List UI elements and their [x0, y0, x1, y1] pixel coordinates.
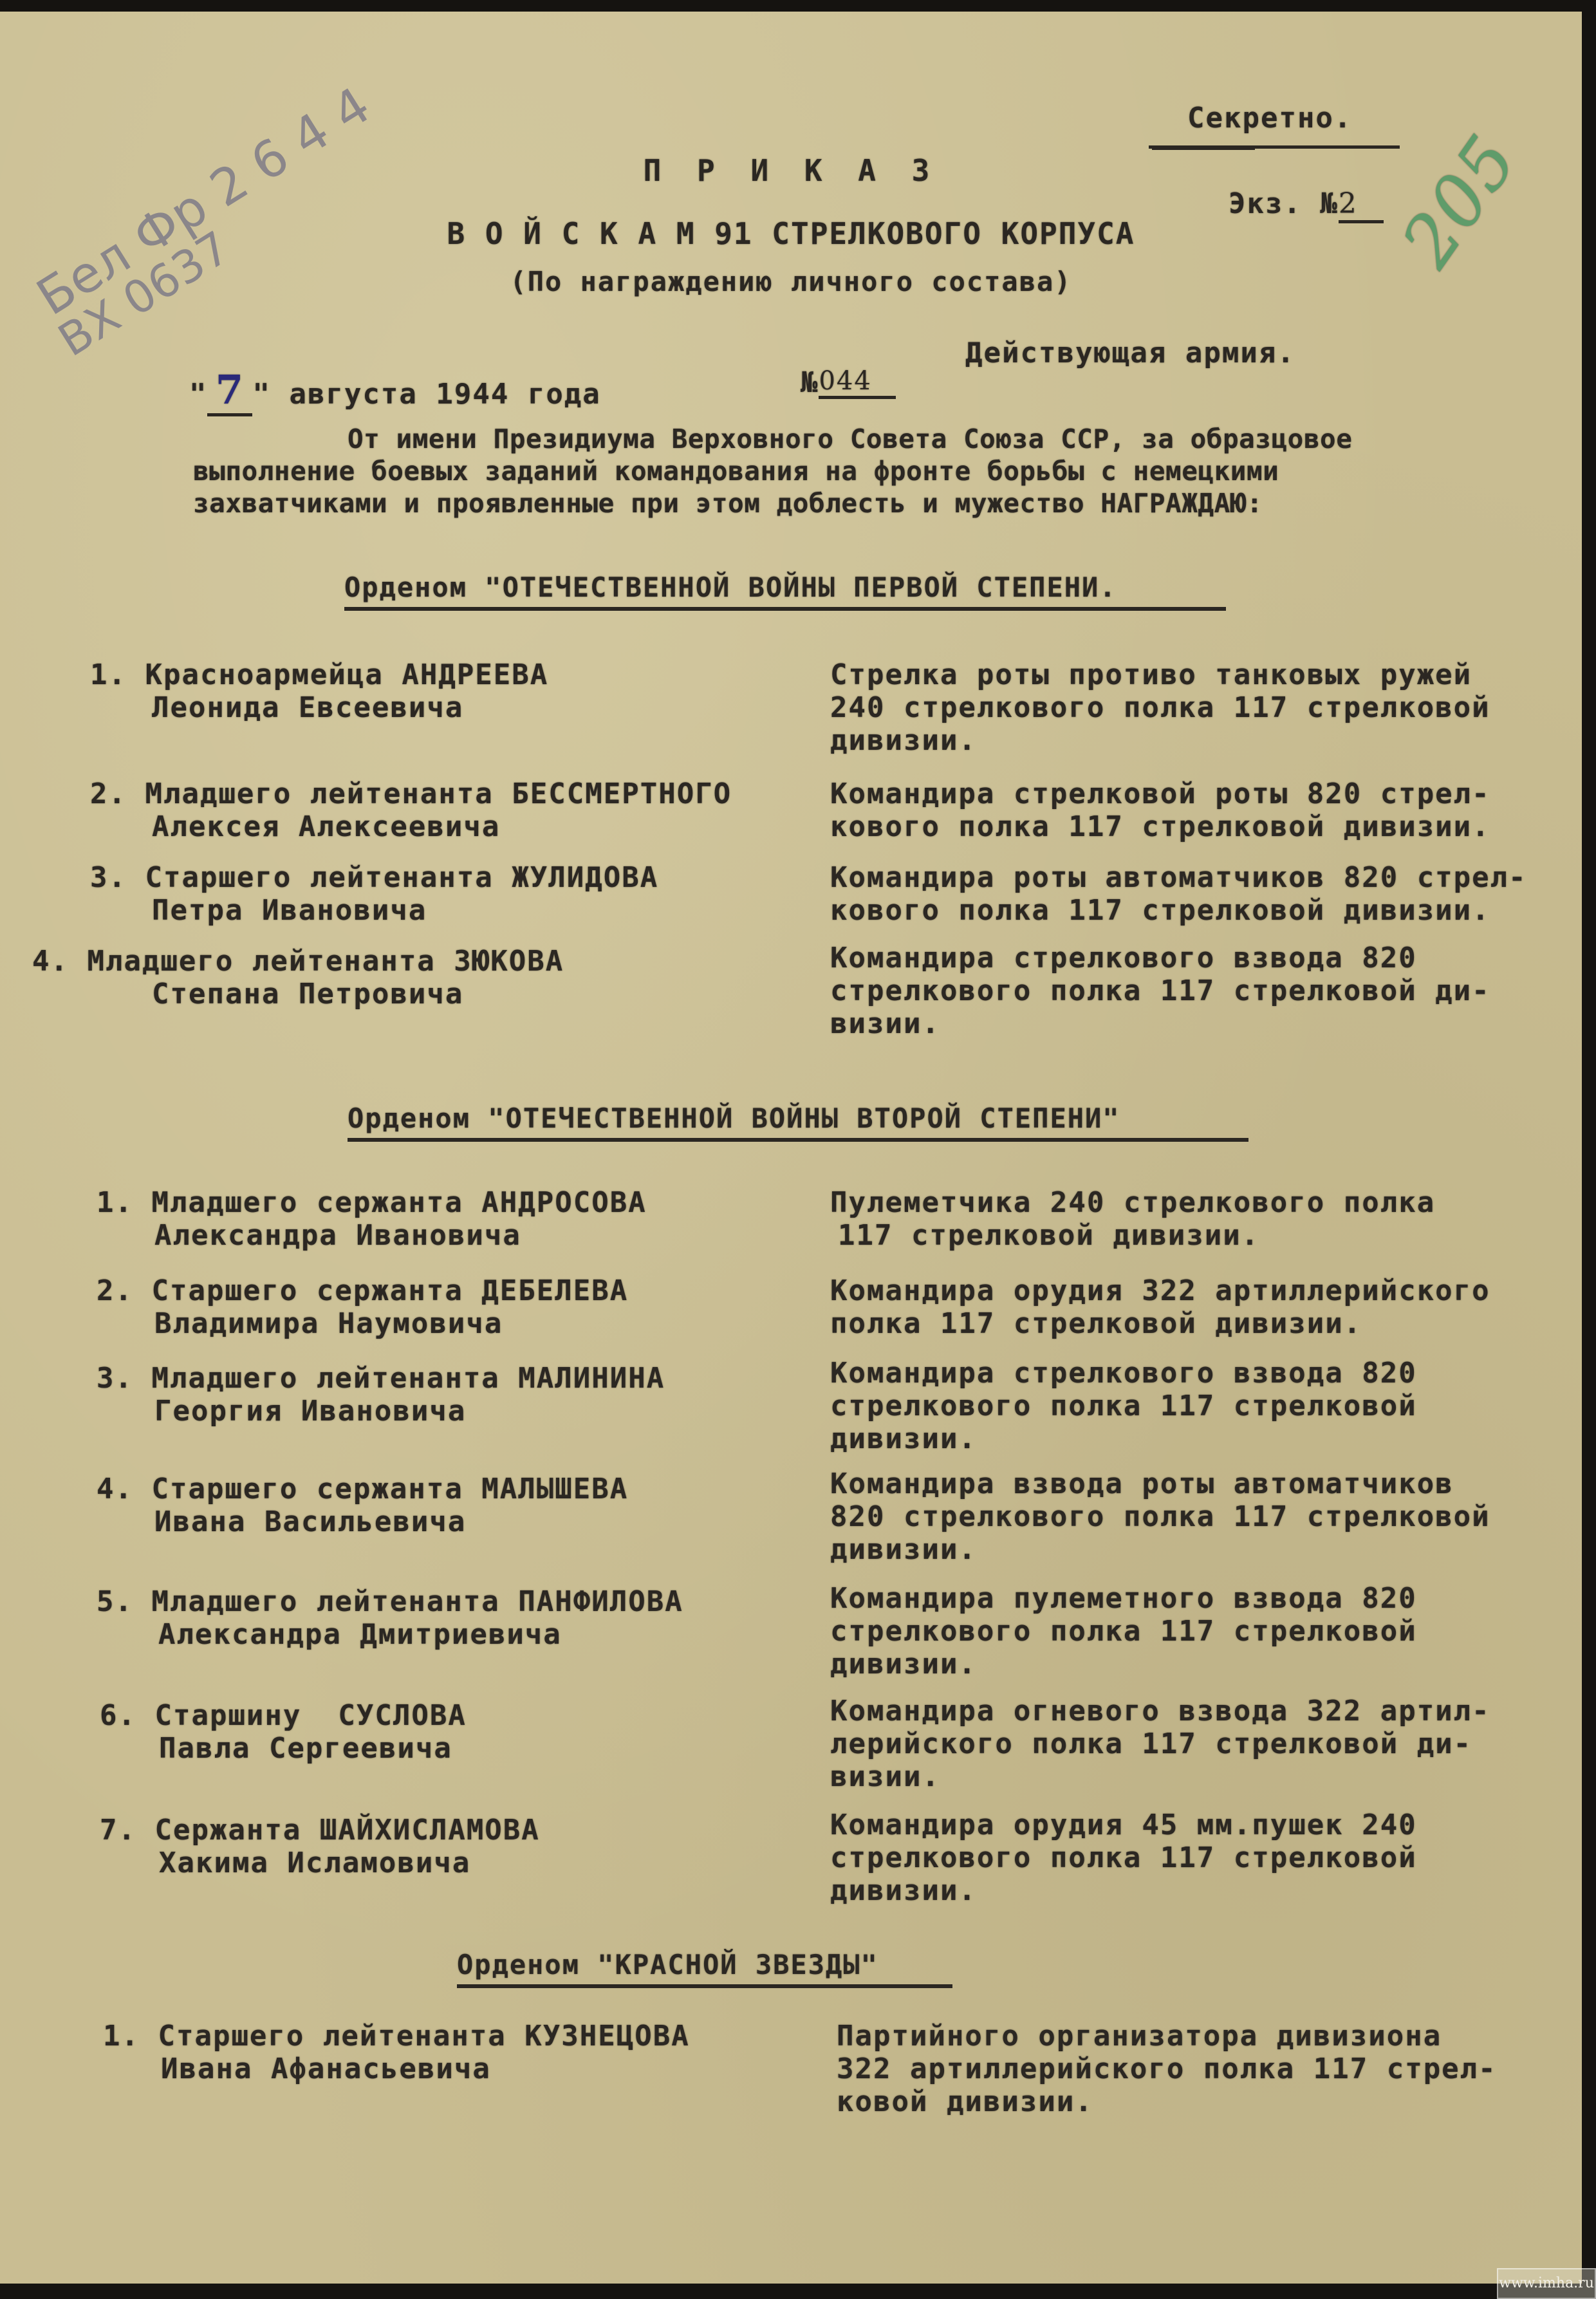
entry-position-line: стрелкового полка 117 стрелковой ди- [830, 974, 1564, 1007]
date-quote: " [189, 378, 208, 411]
copy-label: Экз. № [1229, 187, 1339, 220]
handwritten-note: 205 [1386, 120, 1534, 281]
entry-given-name: Александра Дмитриевича [97, 1618, 856, 1651]
copy-number: Экз. №2 [1155, 154, 1384, 256]
entry-position-line: кового полка 117 стрелковой дивизии. [830, 810, 1564, 843]
entry-position-line: полка 117 стрелковой дивизии. [830, 1307, 1564, 1340]
entry-position-line: Партийного организатора дивизиона [837, 2020, 1570, 2052]
entry-given-name: Павла Сергеевича [100, 1732, 859, 1765]
entry-given-name: Ивана Васильевича [97, 1505, 856, 1538]
entry-position-line: 240 стрелкового полка 117 стрелковой [830, 691, 1564, 724]
classification-label: Секретно. [1187, 102, 1352, 135]
entry-position-line: дивизии. [830, 724, 1564, 757]
entry-position-line: дивизии. [830, 1874, 1564, 1907]
entry-rank-name: 4. Старшего сержанта МАЛЫШЕВА [97, 1473, 856, 1505]
entry-position-line: 322 артиллерийского полка 117 стрел- [837, 2052, 1570, 2085]
entry-rank-name: 4. Младшего лейтенанта ЗЮКОВА [32, 945, 792, 978]
entry-position-line: дивизии. [830, 1648, 1564, 1680]
entry-position-line: Пулеметчика 240 стрелкового полка [830, 1186, 1564, 1219]
entry-rank-name: 2. Старшего сержанта ДЕБЕЛЕВА [97, 1274, 856, 1307]
entry-rank-name: 1. Старшего лейтенанта КУЗНЕЦОВА [103, 2020, 862, 2052]
entry-rank-name: 3. Младшего лейтенанта МАЛИНИНА [97, 1362, 856, 1395]
entry-rank-name: 6. Старшину СУСЛОВА [100, 1699, 859, 1732]
entry-position-line: Командира огневого взвода 322 артил- [830, 1695, 1564, 1727]
document-page: Бел Фр 2 6 4 4 ВХ 0637 205 П Р И К А З В… [0, 12, 1582, 2284]
section-heading-order-red-star: Орденом "КРАСНОЙ ЗВЕЗДЫ" [457, 1949, 952, 1988]
entry-position-line: лерийского полка 117 стрелковой ди- [830, 1727, 1564, 1760]
entry-position-line: дивизии. [830, 1422, 1564, 1455]
entry-rank-name: 7. Сержанта ШАЙХИСЛАМОВА [100, 1814, 859, 1847]
entry-position-line: кового полка 117 стрелковой дивизии. [830, 894, 1564, 927]
entry-position-line: визии. [830, 1760, 1564, 1793]
entry-rank-name: 1. Младшего сержанта АНДРОСОВА [97, 1186, 856, 1219]
section-heading-order-patriotic-war-2: Орденом "ОТЕЧЕСТВЕННОЙ ВОЙНЫ ВТОРОЙ СТЕП… [348, 1103, 1248, 1142]
copy-value: 2 [1339, 187, 1384, 223]
entry-given-name: Хакима Исламовича [100, 1847, 859, 1879]
date-rest: " августа 1944 года [252, 378, 600, 411]
entry-rank-name: 1. Красноармейца АНДРЕЕВА [90, 658, 849, 691]
date-day: 7 [207, 366, 252, 416]
entry-position-line: 820 стрелкового полка 117 стрелковой [830, 1500, 1564, 1533]
entry-given-name: Петра Ивановича [90, 894, 849, 927]
classification-rule-long [1149, 145, 1400, 149]
entry-position-line: Командира орудия 322 артиллерийского [830, 1274, 1564, 1307]
entry-given-name: Владимира Наумовича [97, 1307, 856, 1340]
entry-position-line: Стрелка роты противо танковых ружей [830, 658, 1564, 691]
entry-position-line: Командира роты автоматчиков 820 стрел- [830, 861, 1564, 894]
watermark: www.imha.ru [1497, 2268, 1596, 2299]
entry-position-line: Командира пулеметного взвода 820 [830, 1582, 1564, 1615]
order-number: №044 [727, 333, 896, 432]
entry-rank-name: 2. Младшего лейтенанта БЕССМЕРТНОГО [90, 777, 849, 810]
document-purpose: (По награждению личного состава) [0, 266, 1582, 297]
entry-rank-name: 5. Младшего лейтенанта ПАНФИЛОВА [97, 1585, 856, 1618]
preamble-line-1: От имени Президиума Верховного Совета Со… [348, 423, 1352, 454]
entry-position-line: Командира орудия 45 мм.пушек 240 [830, 1809, 1564, 1841]
entry-position-line: 117 стрелковой дивизии. [830, 1219, 1564, 1252]
entry-position-line: визии. [830, 1007, 1564, 1040]
entry-given-name: Леонида Евсеевича [90, 691, 849, 724]
entry-given-name: Георгия Ивановича [97, 1395, 856, 1428]
entry-position-line: Командира стрелковой роты 820 стрел- [830, 777, 1564, 810]
entry-position-line: стрелкового полка 117 стрелковой [830, 1615, 1564, 1648]
entry-given-name: Ивана Афанасьевича [103, 2052, 862, 2085]
entry-position-line: дивизии. [830, 1533, 1564, 1566]
preamble-line-2: выполнение боевых заданий командования н… [193, 456, 1279, 487]
number-value: 044 [819, 366, 896, 399]
entry-position-line: стрелкового полка 117 стрелковой [830, 1390, 1564, 1422]
entry-position-line: Командира взвода роты автоматчиков [830, 1467, 1564, 1500]
entry-given-name: Алексея Алексеевича [90, 810, 849, 843]
entry-position-line: Командира стрелкового взвода 820 [830, 942, 1564, 974]
section-heading-order-patriotic-war-1: Орденом "ОТЕЧЕСТВЕННОЙ ВОЙНЫ ПЕРВОЙ СТЕП… [344, 572, 1226, 611]
location: Действующая армия. [965, 337, 1295, 369]
entry-position-line: Командира стрелкового взвода 820 [830, 1357, 1564, 1390]
entry-position-line: ковой дивизии. [837, 2085, 1570, 2118]
entry-rank-name: 3. Старшего лейтенанта ЖУЛИДОВА [90, 861, 849, 894]
number-label: № [801, 366, 819, 399]
preamble-line-3: захватчиками и проявленные при этом добл… [193, 488, 1263, 519]
entry-position-line: стрелкового полка 117 стрелковой [830, 1841, 1564, 1874]
entry-given-name: Степана Петровича [32, 978, 792, 1010]
entry-given-name: Александра Ивановича [97, 1219, 856, 1252]
